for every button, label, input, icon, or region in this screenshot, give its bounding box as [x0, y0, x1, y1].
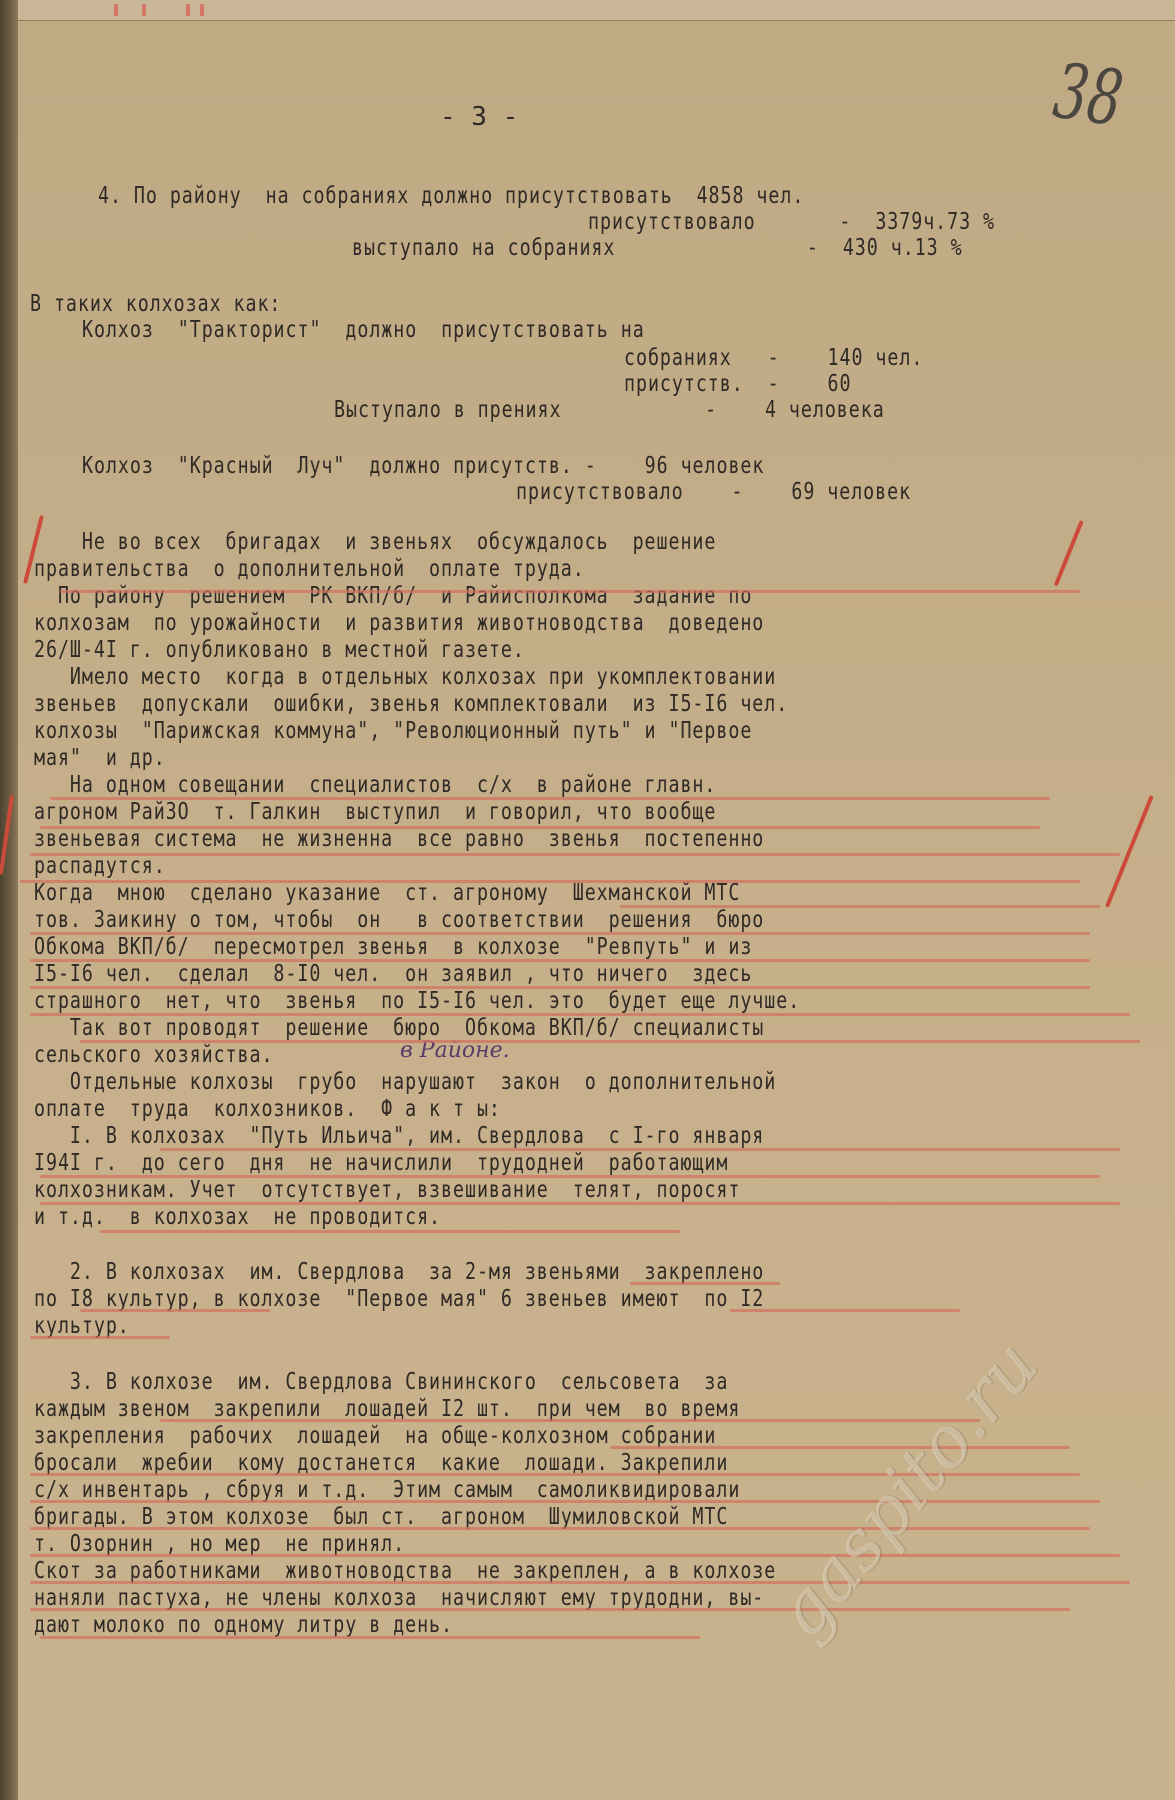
red-underline — [30, 1554, 1120, 1557]
red-underline — [160, 1419, 980, 1422]
red-underline — [30, 1608, 1070, 1611]
top-paper-strip — [18, 0, 1175, 21]
body-line: мая" и др. — [34, 744, 166, 771]
traktorist-line3: присутств. - 60 — [624, 370, 851, 397]
body-line: колхозы "Парижская коммуна", "Революцион… — [34, 717, 752, 744]
red-underline — [30, 1013, 1130, 1016]
red-underline — [30, 959, 1090, 962]
body-line: колхозам по урожайности и развития живот… — [34, 609, 764, 636]
red-underline — [60, 590, 1080, 593]
red-underline — [30, 1527, 1090, 1530]
body-line: колхозникам. Учет отсутствует, взвешиван… — [34, 1176, 740, 1203]
body-line: Имело место когда в отдельных колхозах п… — [34, 663, 776, 690]
red-underline — [20, 880, 1080, 883]
red-underline — [30, 932, 1090, 935]
folio-number-handwritten: 38 — [1049, 46, 1128, 144]
item3-line: бросали жребии кому достанется какие лош… — [34, 1449, 728, 1476]
red-underline — [40, 826, 1040, 829]
item3-line: 3. В колхозе им. Свердлова Свининского с… — [34, 1368, 728, 1395]
body-line: и т.д. в колхозах не проводится. — [34, 1203, 441, 1230]
red-underline — [40, 1175, 1100, 1178]
traktorist-line2: собраниях - 140 чел. — [624, 344, 923, 371]
body-line: I94I г. до сего дня не начислили трудодн… — [34, 1149, 728, 1176]
item3-line: Скот за работниками животноводства не за… — [34, 1557, 776, 1584]
body-line: звеньев допускали ошибки, звенья комплек… — [34, 690, 788, 717]
page-number: - 3 - — [440, 102, 518, 132]
red-underline — [40, 1202, 1120, 1205]
item2-line: культур. — [34, 1312, 130, 1339]
body-line: I5-I6 чел. сделал 8-I0 чел. он заявил , … — [34, 960, 752, 987]
body-line: 26/Ш-4I г. опубликовано в местной газете… — [34, 636, 525, 663]
section4-line2: присутствовало - 3379ч.73 % — [588, 208, 995, 235]
traktorist-line4: Выступало в прениях - 4 человека — [334, 396, 885, 423]
item3-line: закрепления рабочих лошадей на обще-колх… — [34, 1422, 716, 1449]
red-underline — [80, 1040, 1140, 1043]
section4-line3: выступало на собраниях - 430 ч.13 % — [352, 234, 963, 261]
body-line: распадутся. — [34, 852, 166, 879]
body-line: Когда мною сделано указание ст. агроному… — [34, 879, 740, 906]
body-line: Не во всех бригадах и звеньях обсуждалос… — [34, 528, 716, 555]
item2-line: по I8 культур, в колхозе "Первое мая" 6 … — [34, 1285, 764, 1312]
red-underline — [80, 1309, 270, 1312]
traktorist-line1: Колхоз "Тракторист" должно присутствоват… — [82, 316, 645, 343]
red-underline — [630, 1282, 780, 1285]
kolkhoz-intro: В таких колхозах как: — [30, 290, 281, 317]
red-underline — [730, 1309, 960, 1312]
red-underline — [40, 1636, 700, 1639]
item3-line: т. Озорнин , но мер не принял. — [34, 1530, 405, 1557]
krasny-luch-line1: Колхоз "Красный Луч" должно присутств. -… — [82, 452, 764, 479]
red-underline — [160, 1148, 1120, 1151]
item3-line: дают молоко по одному литру в день. — [34, 1611, 453, 1638]
section4-line1: 4. По району на собраниях должно присутс… — [98, 182, 804, 209]
red-underline — [30, 1336, 170, 1339]
red-underline — [610, 1446, 1070, 1449]
item3-line: с/х инвентарь , сбруя и т.д. Этим самым … — [34, 1476, 740, 1503]
red-underline — [620, 905, 1100, 908]
krasny-luch-line2: присутствовало - 69 человек — [516, 478, 911, 505]
red-underline — [50, 797, 1050, 800]
red-underline — [30, 1581, 1130, 1584]
red-underline — [100, 1230, 680, 1233]
body-line: На одном совещании специалистов с/х в ра… — [34, 771, 716, 798]
item2-line: 2. В колхозах им. Свердлова за 2-мя звен… — [34, 1258, 764, 1285]
page-binding-edge — [0, 0, 18, 1800]
body-line: страшного нет, что звенья по I5-I6 чел. … — [34, 987, 800, 1014]
item3-line: каждым звеном закрепили лошадей I2 шт. п… — [34, 1395, 740, 1422]
body-line: оплате труда колхозников. Ф а к т ы: — [34, 1095, 501, 1122]
item3-line: наняли пастуха, не члены колхоза начисля… — [34, 1584, 764, 1611]
red-underline — [30, 853, 1120, 856]
body-line: Обкома ВКП/б/ пересмотрел звенья в колхо… — [34, 933, 752, 960]
body-line: Так вот проводят решение бюро Обкома ВКП… — [34, 1014, 764, 1041]
body-line: Отдельные колхозы грубо нарушают закон о… — [34, 1068, 776, 1095]
body-line: агроном РайЗО т. Галкин выступил и говор… — [34, 798, 716, 825]
body-line: правительства о дополнительной оплате тр… — [34, 555, 585, 582]
red-underline — [30, 986, 1090, 989]
body-line: тов. Заикину о том, чтобы он в соответст… — [34, 906, 764, 933]
body-line: I. В колхозах "Путь Ильича", им. Свердло… — [34, 1122, 764, 1149]
body-line: звеньевая система не жизненна все равно … — [34, 825, 764, 852]
body-line: По району решением РК ВКП/б/ и Райисполк… — [34, 582, 752, 609]
item3-line: бригады. В этом колхозе был ст. агроном … — [34, 1503, 728, 1530]
body-line: сельского хозяйства. — [34, 1041, 273, 1068]
